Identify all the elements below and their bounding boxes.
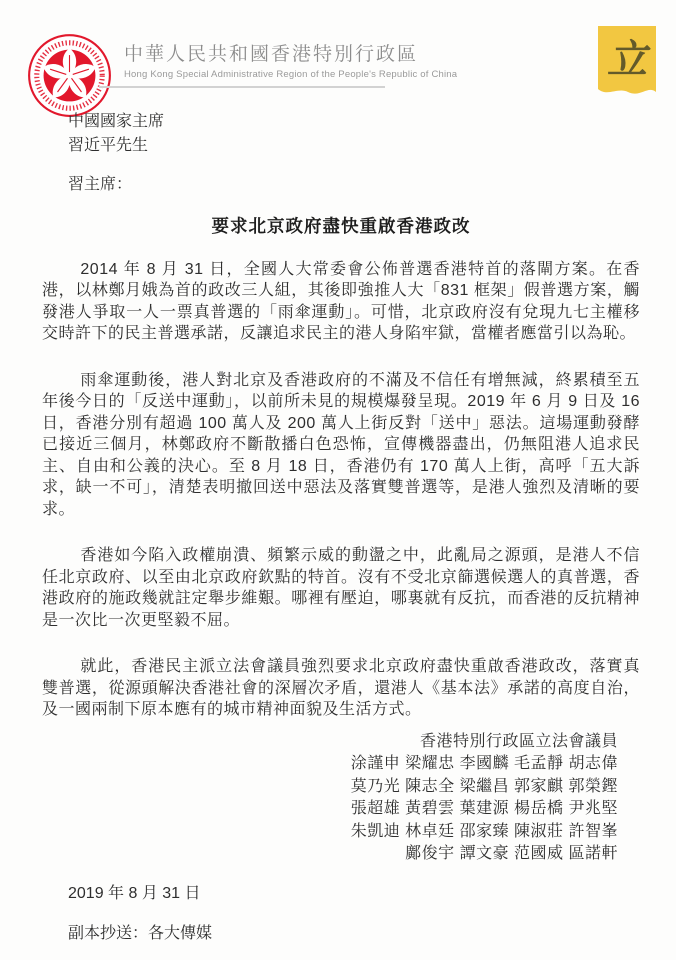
signatories-row: 張超雄 黃碧雲 葉建源 楊岳橋 尹兆堅 (42, 798, 618, 821)
legco-glyph: 立 (607, 37, 651, 82)
signatories-row: 朱凱迪 林卓廷 邵家臻 陳淑莊 許智峯 (42, 821, 618, 844)
letter-subject: 要求北京政府盡快重啟香港政改 (42, 216, 640, 238)
letterhead-divider (99, 86, 385, 88)
paragraph-2: 雨傘運動後，港人對北京及香港政府的不滿及不信任有增無減，終累積至五年後今日的「反… (42, 370, 640, 521)
letterhead: 中華人民共和國香港特別行政區 Hong Kong Special Adminis… (0, 0, 676, 118)
signatories-row: 莫乃光 陳志全 梁繼昌 郭家麒 郭榮鏗 (42, 776, 618, 799)
signature-org: 香港特別行政區立法會議員 (42, 731, 618, 754)
letter-body: 中國國家主席 習近平先生 習主席： 要求北京政府盡快重啟香港政改 2014 年 … (42, 110, 640, 945)
salutation: 習主席： (68, 173, 640, 197)
letterhead-title-en: Hong Kong Special Administrative Region … (124, 69, 457, 80)
paragraph-3: 香港如今陷入政權崩潰、頻繁示威的動盪之中，此亂局之源頭，是港人不信任北京政府、以… (42, 545, 640, 631)
recipient-block: 中國國家主席 習近平先生 (68, 110, 640, 158)
signature-block: 香港特別行政區立法會議員 涂謹申 梁耀忠 李國麟 毛孟靜 胡志偉 莫乃光 陳志全… (42, 731, 640, 866)
signatories-row: 涂謹申 梁耀忠 李國麟 毛孟靜 胡志偉 (42, 753, 618, 776)
legco-bookmark-icon: 立 (598, 26, 656, 106)
cc-line: 副本抄送：各大傳媒 (68, 923, 640, 945)
signatories-row: 鄺俊宇 譚文豪 范國威 區諾軒 (42, 843, 618, 866)
hksar-emblem-icon (27, 33, 112, 118)
recipient-title: 中國國家主席 (68, 110, 640, 134)
recipient-name: 習近平先生 (68, 134, 640, 158)
letterhead-title-zh: 中華人民共和國香港特別行政區 (124, 44, 457, 66)
paragraph-4: 就此，香港民主派立法會議員強烈要求北京政府盡快重啟香港政改，落實真雙普選，從源頭… (42, 656, 640, 721)
paragraph-1: 2014 年 8 月 31 日，全國人大常委會公佈普選香港特首的落閘方案。在香港… (42, 259, 640, 345)
letter-date: 2019 年 8 月 31 日 (68, 883, 640, 905)
letterhead-titles: 中華人民共和國香港特別行政區 Hong Kong Special Adminis… (124, 44, 457, 80)
letter-page: 中華人民共和國香港特別行政區 Hong Kong Special Adminis… (0, 0, 676, 960)
